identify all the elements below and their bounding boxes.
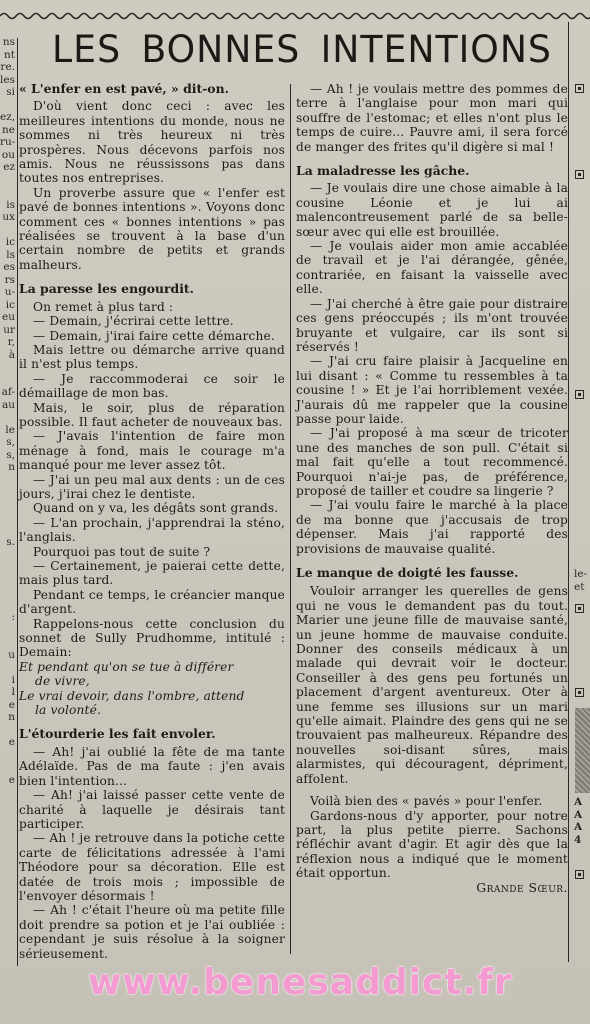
margin-fragment (0, 636, 15, 649)
margin-fragment (0, 799, 15, 812)
author-signature: Grande Sœur. (296, 881, 568, 895)
margin-fragment: ic (0, 299, 15, 312)
margin-fragment: le (0, 424, 15, 437)
margin-fragment: rs (0, 274, 15, 287)
conclusion-paragraph: Voilà bien des « pavés » pour l'enfer. (296, 794, 568, 808)
column-rule-right (568, 22, 569, 962)
paragraph: Pendant ce temps, le créancier manque d'… (19, 588, 285, 617)
margin-fragment (0, 174, 15, 187)
paragraph: — Demain, j'irai faire cette démarche. (19, 329, 285, 343)
margin-fragment: u (0, 649, 15, 662)
paragraph: — Demain, j'écrirai cette lettre. (19, 314, 285, 328)
bullet-square-icon (575, 604, 584, 613)
paragraph: — Je voulais dire une chose aimable à la… (296, 181, 568, 239)
margin-fragment: ne (0, 124, 15, 137)
paragraph: Vouloir arranger les querelles de gens q… (296, 584, 568, 786)
paragraph: On remet à plus tard : (19, 300, 285, 314)
paragraph: Pourquoi pas tout de suite ? (19, 545, 285, 559)
paragraph: — Je raccommoderai ce soir le démaillage… (19, 372, 285, 401)
section-heading-etourderie: L'étourderie les fait envoler. (19, 727, 285, 741)
margin-fragment: s, (0, 449, 15, 462)
margin-fragment (0, 561, 15, 574)
paragraph: — J'ai proposé à ma sœur de tricoter une… (296, 426, 568, 498)
margin-fragment (0, 724, 15, 737)
column-rule-center (290, 84, 291, 954)
margin-fragment (0, 761, 15, 774)
paragraph: — J'ai un peu mal aux dents : un de ces … (19, 473, 285, 502)
margin-fragment: n (0, 461, 15, 474)
margin-fragment (0, 486, 15, 499)
margin-photo (575, 708, 590, 793)
margin-fragment: l (0, 686, 15, 699)
section-heading-maladresse: La maladresse les gâche. (296, 164, 568, 178)
margin-fragment: les (0, 74, 15, 87)
paragraph: — L'an prochain, j'apprendrai la sténo, … (19, 516, 285, 545)
margin-fragment: u- (0, 286, 15, 299)
margin-caption: A A A 4 (574, 796, 582, 846)
margin-fragment: si (0, 86, 15, 99)
article-column-1: « L'enfer en est pavé, » dit-on. D'où vi… (19, 82, 285, 961)
margin-fragment (0, 99, 15, 112)
section-heading-doigte: Le manque de doigté les fausse. (296, 566, 568, 580)
paragraph: — J'ai cru faire plaisir à Jacqueline en… (296, 354, 568, 426)
margin-fragment (0, 474, 15, 487)
watermark: www.benesaddict.fr (88, 962, 513, 1003)
paragraph: — J'ai voulu faire le marché à la place … (296, 498, 568, 556)
margin-fragment (0, 824, 15, 837)
margin-fragment: is (0, 199, 15, 212)
margin-fragment: ur (0, 324, 15, 337)
margin-fragment (0, 224, 15, 237)
margin-fragment: ux (0, 211, 15, 224)
column-rule-left (17, 38, 18, 966)
margin-fragment: ez (0, 161, 15, 174)
paragraph: — J'ai cherché à être gaie pour distrair… (296, 297, 568, 355)
paragraph: — Ah! j'ai laissé passer cette vente de … (19, 788, 285, 831)
margin-fragment (0, 374, 15, 387)
conclusion-paragraph: Gardons-nous d'y apporter, pour notre pa… (296, 809, 568, 881)
margin-fragment (0, 411, 15, 424)
margin-fragment: s. (0, 536, 15, 549)
paragraph: Quand on y va, les dégâts sont grands. (19, 501, 285, 515)
margin-fragment (0, 836, 15, 849)
margin-fragment: i (0, 674, 15, 687)
margin-fragment (0, 811, 15, 824)
paragraph: — Ah! j'ai oublié la fête de ma tante Ad… (19, 745, 285, 788)
verse-line: la volonté. (19, 703, 285, 717)
margin-fragment: n (0, 711, 15, 724)
margin-fragment: ez, (0, 111, 15, 124)
section-heading-paresse: La paresse les engourdit. (19, 282, 285, 296)
paragraph: Un proverbe assure que « l'enfer est pav… (19, 186, 285, 272)
margin-fragment (0, 499, 15, 512)
margin-fragment: ns (0, 36, 15, 49)
margin-fragment: à (0, 349, 15, 362)
paragraph: — Certainement, je paierai cette dette, … (19, 559, 285, 588)
margin-fragment: au (0, 399, 15, 412)
article-column-2: — Ah ! je voulais mettre des pommes de t… (296, 82, 568, 895)
margin-fragment (0, 186, 15, 199)
margin-fragment: e (0, 699, 15, 712)
margin-fragment: af- (0, 386, 15, 399)
bullet-square-icon (575, 870, 584, 879)
margin-fragment: ls (0, 249, 15, 262)
paragraph: D'où vient donc ceci : avec les meilleur… (19, 99, 285, 185)
spacer (296, 786, 568, 794)
margin-fragment (0, 661, 15, 674)
margin-fragment (0, 586, 15, 599)
margin-fragment (0, 524, 15, 537)
margin-fragment: : (0, 611, 15, 624)
margin-fragment (0, 549, 15, 562)
bullet-square-icon (575, 688, 584, 697)
margin-fragment (0, 624, 15, 637)
margin-fragment: e (0, 736, 15, 749)
newspaper-page: nsntre.lessi ez,neru-ouez isux iclsesrsu… (0, 0, 590, 1024)
bullet-square-icon (575, 170, 584, 179)
margin-fragment (0, 749, 15, 762)
margin-fragment: re. (0, 61, 15, 74)
bullet-square-icon (575, 84, 584, 93)
margin-fragment: e (0, 774, 15, 787)
paragraph: — Ah ! je retrouve dans la potiche cette… (19, 831, 285, 903)
paragraph: Rappelons-nous cette conclusion du sonne… (19, 617, 285, 660)
paragraph: — Ah ! c'était l'heure où ma petite fill… (19, 903, 285, 961)
margin-fragment: eu (0, 311, 15, 324)
margin-fragment (0, 574, 15, 587)
paragraph: — J'avais l'intention de faire mon ménag… (19, 429, 285, 472)
intro-heading: « L'enfer en est pavé, » dit-on. (19, 82, 285, 96)
left-margin-fragments: nsntre.lessi ez,neru-ouez isux iclsesrsu… (0, 36, 15, 956)
margin-fragment: nt (0, 49, 15, 62)
paragraph: Mais, le soir, plus de réparation possib… (19, 401, 285, 430)
paragraph: Mais lettre ou démarche arrive quand il … (19, 343, 285, 372)
margin-fragment (0, 786, 15, 799)
article-title: LES BONNES INTENTIONS (52, 28, 532, 71)
margin-fragment: s, (0, 436, 15, 449)
right-margin: le- et A A A 4 (572, 80, 590, 980)
margin-fragment: r, (0, 336, 15, 349)
verse-line: Le vrai devoir, dans l'ombre, attend (19, 689, 285, 703)
bullet-square-icon (575, 390, 584, 399)
margin-fragment: ru- (0, 136, 15, 149)
margin-fragment: ou (0, 149, 15, 162)
verse-line: de vivre, (19, 674, 285, 688)
margin-fragment (0, 361, 15, 374)
margin-fragment (0, 511, 15, 524)
margin-fragment: le- et (574, 568, 587, 593)
margin-fragment: ic (0, 236, 15, 249)
wavy-border-top (0, 4, 590, 22)
paragraph: — Ah ! je voulais mettre des pommes de t… (296, 82, 568, 154)
margin-fragment (0, 849, 15, 862)
margin-fragment: es (0, 261, 15, 274)
margin-fragment (0, 599, 15, 612)
verse-line: Et pendant qu'on se tue à différer (19, 660, 285, 674)
paragraph: — Je voulais aider mon amie accablée de … (296, 239, 568, 297)
